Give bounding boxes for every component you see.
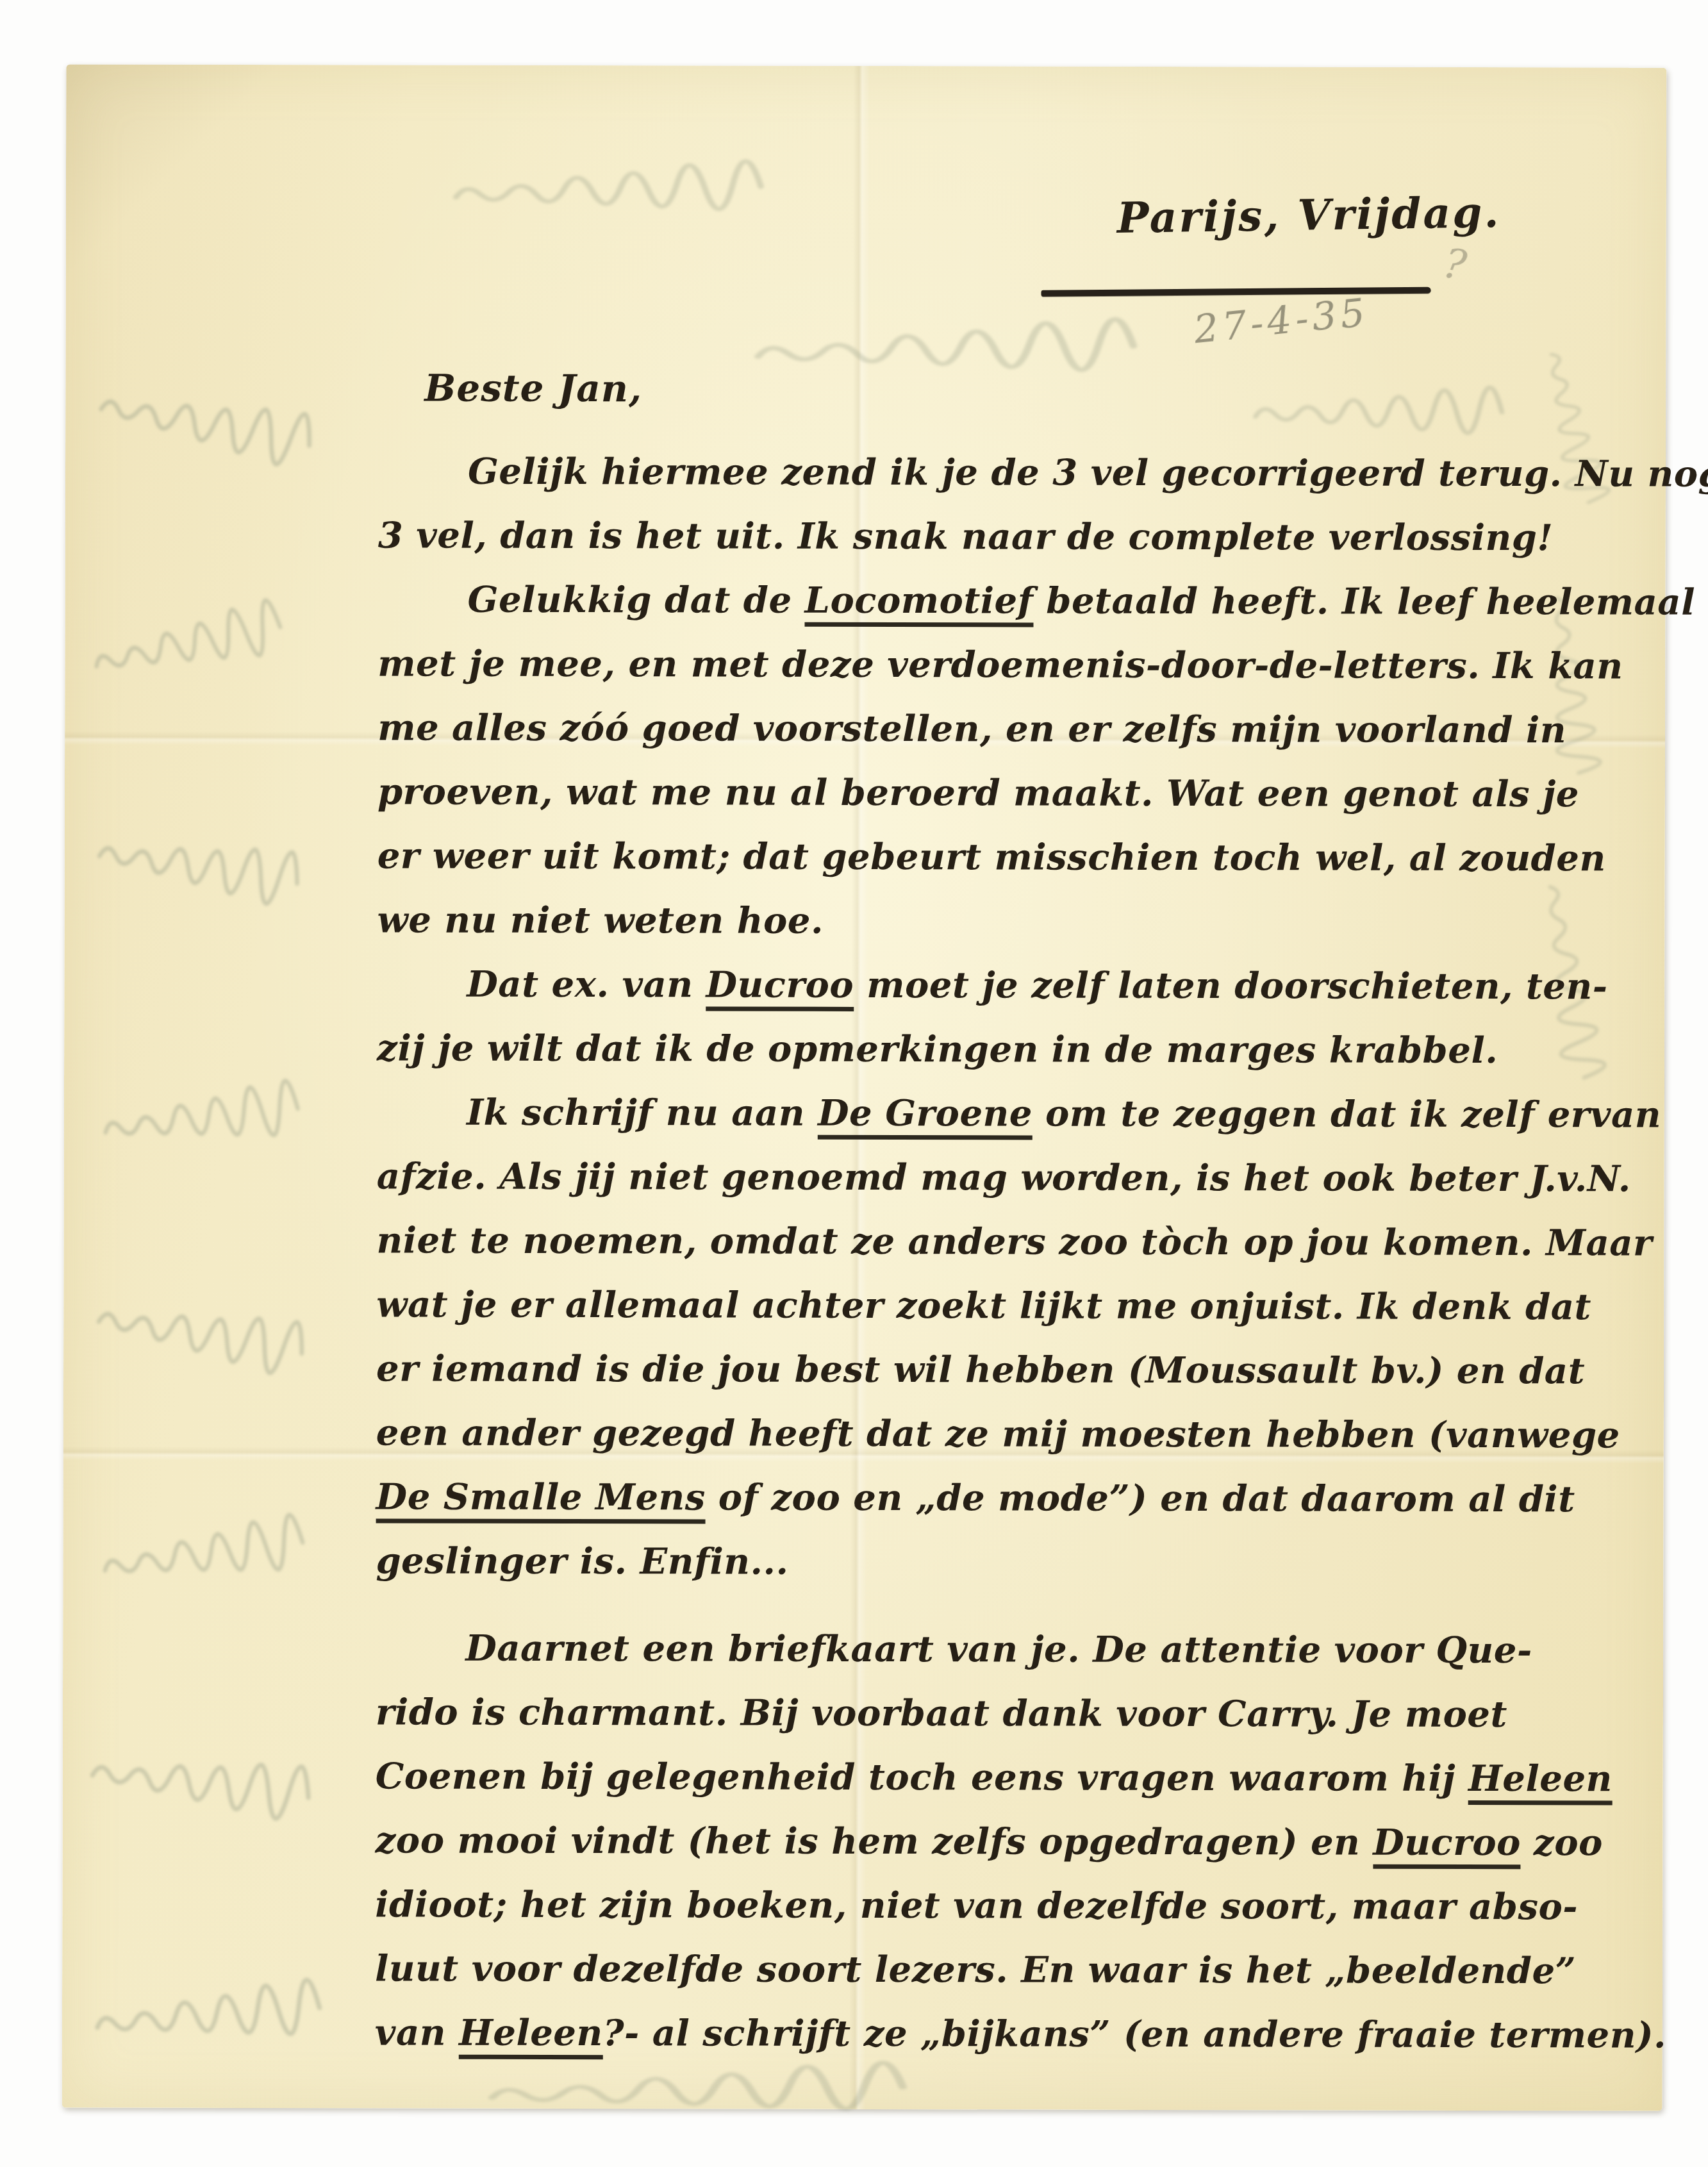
text-segment: om te zeggen dat ik zelf ervan (1032, 1093, 1661, 1136)
bleedthrough-mark (99, 1520, 320, 1587)
text-segment: Coenen bij gelegenheid toch eens vragen … (376, 1755, 1468, 1800)
text-segment: we nu niet weten hoe. (377, 899, 824, 942)
bleedthrough-mark (94, 834, 315, 902)
text-segment: een ander gezegd heeft dat ze mij moeste… (376, 1411, 1620, 1456)
bleedthrough-mark (100, 1086, 315, 1149)
bleedthrough-mark (95, 387, 329, 465)
letter-line: Coenen bij gelegenheid toch eens vragen … (376, 1744, 1632, 1811)
text-segment: 3 vel, dan is het uit. Ik snak naar de c… (378, 514, 1554, 559)
text-segment: ?- al schrijft ze „bijkans” (en andere f… (603, 2012, 1666, 2056)
letter-line: Gelukkig dat de Locomotief betaald heeft… (377, 567, 1634, 634)
letter-line: er iemand is die jou best wil hebben (Mo… (376, 1336, 1632, 1403)
underlined-word: Heleen (459, 2012, 603, 2059)
text-segment: geslinger is. Enfin... (376, 1540, 788, 1582)
letter-dateline: Parijs, Vrijdag. (1116, 187, 1501, 243)
letter-line: Dat ex. van Ducroo moet je zelf laten do… (377, 952, 1633, 1018)
paragraph: Dat ex. van Ducroo moet je zelf laten do… (377, 952, 1633, 1083)
paragraph: Gelukkig dat de Locomotief betaald heeft… (377, 567, 1634, 954)
text-segment: Ik schrijf nu aan (467, 1092, 818, 1134)
bleedthrough-mark (89, 604, 297, 683)
text-segment: Gelukkig dat de (468, 579, 805, 622)
letter-line: rido is charmant. Bij voorbaat dank voor… (376, 1680, 1632, 1747)
letter-line: proeven, wat me nu al beroerd maakt. Wat… (377, 760, 1634, 826)
underlined-word: Locomotief (805, 579, 1034, 627)
text-segment: idioot; het zijn boeken, niet van dezelf… (375, 1883, 1578, 1928)
text-segment: met je mee, en met deze verdoemenis-door… (377, 642, 1623, 687)
text-segment: betaald heeft. Ik leef heelemaal (1033, 580, 1695, 624)
letter-line: afzie. Als jij niet genoemd mag worden, … (377, 1144, 1633, 1211)
letter-line: wat je er allemaal achter zoekt lijkt me… (376, 1272, 1632, 1339)
letter-line: luut voor dezelfde soort lezers. En waar… (375, 1936, 1631, 2003)
bleedthrough-mark (450, 168, 784, 212)
underlined-word: De Smalle Mens (376, 1475, 706, 1524)
paragraph: Gelijk hiermee zend ik je de 3 vel gecor… (378, 439, 1634, 570)
bleedthrough-mark (93, 1299, 320, 1373)
letter-line: met je mee, en met deze verdoemenis-door… (377, 631, 1634, 698)
letter-line: Ik schrijf nu aan De Groene om te zeggen… (377, 1080, 1633, 1147)
scan-background: { "letter": { "heading": "Parijs, Vrijda… (0, 0, 1708, 2167)
text-segment: me alles zóó goed voorstellen, en er zel… (377, 706, 1566, 751)
text-segment: Dat ex. van (467, 963, 706, 1006)
bleedthrough-mark (87, 1753, 327, 1816)
paragraph: Ik schrijf nu aan De Groene om te zeggen… (376, 1080, 1633, 1595)
text-segment: moet je zelf laten doorschieten, ten- (854, 964, 1607, 1008)
pencil-date: 27-4-35 (1192, 290, 1371, 353)
underlined-word: Ducroo (706, 963, 854, 1011)
underlined-word: De Groene (818, 1092, 1032, 1140)
text-segment: Gelijk hiermee zend ik je de 3 vel gecor… (468, 451, 1708, 495)
text-segment: van (375, 2011, 459, 2054)
text-segment: er iemand is die jou best wil hebben (Mo… (376, 1347, 1585, 1392)
text-segment: zij je wilt dat ik de opmerkingen in de … (377, 1027, 1498, 1072)
letter-body: Gelijk hiermee zend ik je de 3 vel gecor… (375, 439, 1634, 2067)
corner-crease (66, 64, 336, 276)
letter-line: Daarnet een briefkaart van je. De attent… (376, 1616, 1632, 1682)
text-segment: niet te noemen, omdat ze anders zoo tòch… (376, 1219, 1652, 1264)
text-segment: zoo mooi vindt (het is hem zelfs opgedra… (375, 1819, 1373, 1863)
letter-line: zij je wilt dat ik de opmerkingen in de … (377, 1016, 1633, 1083)
text-segment: rido is charmant. Bij voorbaat dank voor… (376, 1691, 1507, 1736)
text-segment: zoo (1521, 1822, 1603, 1864)
text-segment: luut voor dezelfde soort lezers. En waar… (375, 1947, 1576, 1992)
text-segment: Daarnet een briefkaart van je. De attent… (465, 1627, 1532, 1672)
text-segment: proeven, wat me nu al beroerd maakt. Wat… (377, 770, 1579, 815)
underlined-word: Heleen (1468, 1757, 1613, 1805)
salutation: Beste Jan, (424, 367, 642, 411)
text-segment: er weer uit komt; dat gebeurt misschien … (377, 834, 1606, 879)
letter-line: niet te noemen, omdat ze anders zoo tòch… (376, 1208, 1632, 1275)
letter-page: Parijs, Vrijdag. 27-4-35 ? Beste Jan, Ge… (62, 64, 1667, 2111)
text-segment: of zoo en „de mode”) en dat daarom al di… (706, 1476, 1575, 1520)
letter-line: De Smalle Mens of zoo en „de mode”) en d… (376, 1465, 1632, 1531)
letter-line: we nu niet weten hoe. (377, 888, 1633, 954)
pencil-question-mark: ? (1439, 240, 1470, 290)
dateline-underline (1041, 287, 1431, 297)
bleedthrough-mark (92, 1986, 338, 2044)
letter-line: 3 vel, dan is het uit. Ik snak naar de c… (378, 503, 1634, 570)
letter-line: zoo mooi vindt (het is hem zelfs opgedra… (375, 1808, 1631, 1875)
bleedthrough-mark (485, 2069, 934, 2112)
letter-line: een ander gezegd heeft dat ze mij moeste… (376, 1400, 1632, 1467)
underlined-word: Ducroo (1373, 1822, 1521, 1869)
paragraph: Daarnet een briefkaart van je. De attent… (375, 1616, 1632, 2067)
bleedthrough-mark (751, 326, 1162, 372)
letter-line: er weer uit komt; dat gebeurt misschien … (377, 824, 1634, 890)
letter-line: geslinger is. Enfin... (376, 1529, 1632, 1595)
text-segment: afzie. Als jij niet genoemd mag worden, … (377, 1155, 1631, 1200)
letter-line: van Heleen?- al schrijft ze „bijkans” (e… (375, 2000, 1631, 2067)
text-segment: wat je er allemaal achter zoekt lijkt me… (376, 1283, 1591, 1328)
letter-line: Gelijk hiermee zend ik je de 3 vel gecor… (378, 439, 1634, 506)
bleedthrough-mark (1251, 394, 1521, 430)
letter-line: me alles zóó goed voorstellen, en er zel… (377, 695, 1634, 762)
letter-line: idioot; het zijn boeken, niet van dezelf… (375, 1872, 1631, 1939)
